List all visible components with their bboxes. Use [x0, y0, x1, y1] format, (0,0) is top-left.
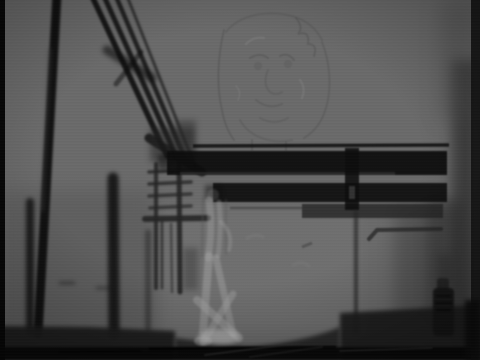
- left-frame-bar: [0, 0, 5, 360]
- ladder-rung: [150, 206, 191, 208]
- ladder-crossbar: [145, 218, 208, 219]
- ladder-rail: [179, 160, 180, 292]
- figure-foot: [194, 336, 212, 346]
- ladder-rung: [149, 182, 191, 184]
- background-pole: [113, 178, 114, 334]
- figure-torso: [218, 202, 220, 256]
- connector-notch: [349, 186, 355, 199]
- ladder-rung: [149, 194, 191, 196]
- background-layer: [0, 0, 480, 360]
- ladder-leg: [171, 224, 172, 292]
- eye-smudge: [284, 60, 292, 68]
- eye-smudge: [254, 62, 262, 70]
- figure-torso: [208, 200, 211, 258]
- figure-outline: [202, 198, 203, 256]
- beam-upper-frayed-end: [158, 154, 170, 170]
- beam-third: [302, 204, 443, 218]
- scene-canvas: [0, 0, 480, 360]
- left-dim-patch: [0, 190, 155, 335]
- beam-seam-highlight: [180, 172, 395, 175]
- figure-side-shadow: [183, 248, 198, 290]
- beam-thin-line: [193, 145, 449, 146]
- video-frame: [0, 0, 480, 360]
- beam-lower: [213, 183, 447, 202]
- right-bottom-corner-shade: [465, 300, 480, 360]
- bottle-shadow: [438, 255, 452, 285]
- floor-streak: [60, 351, 140, 352]
- top-right-shade: [440, 0, 476, 120]
- beam-vertical-connector: [345, 148, 359, 210]
- beam-upper: [167, 151, 447, 175]
